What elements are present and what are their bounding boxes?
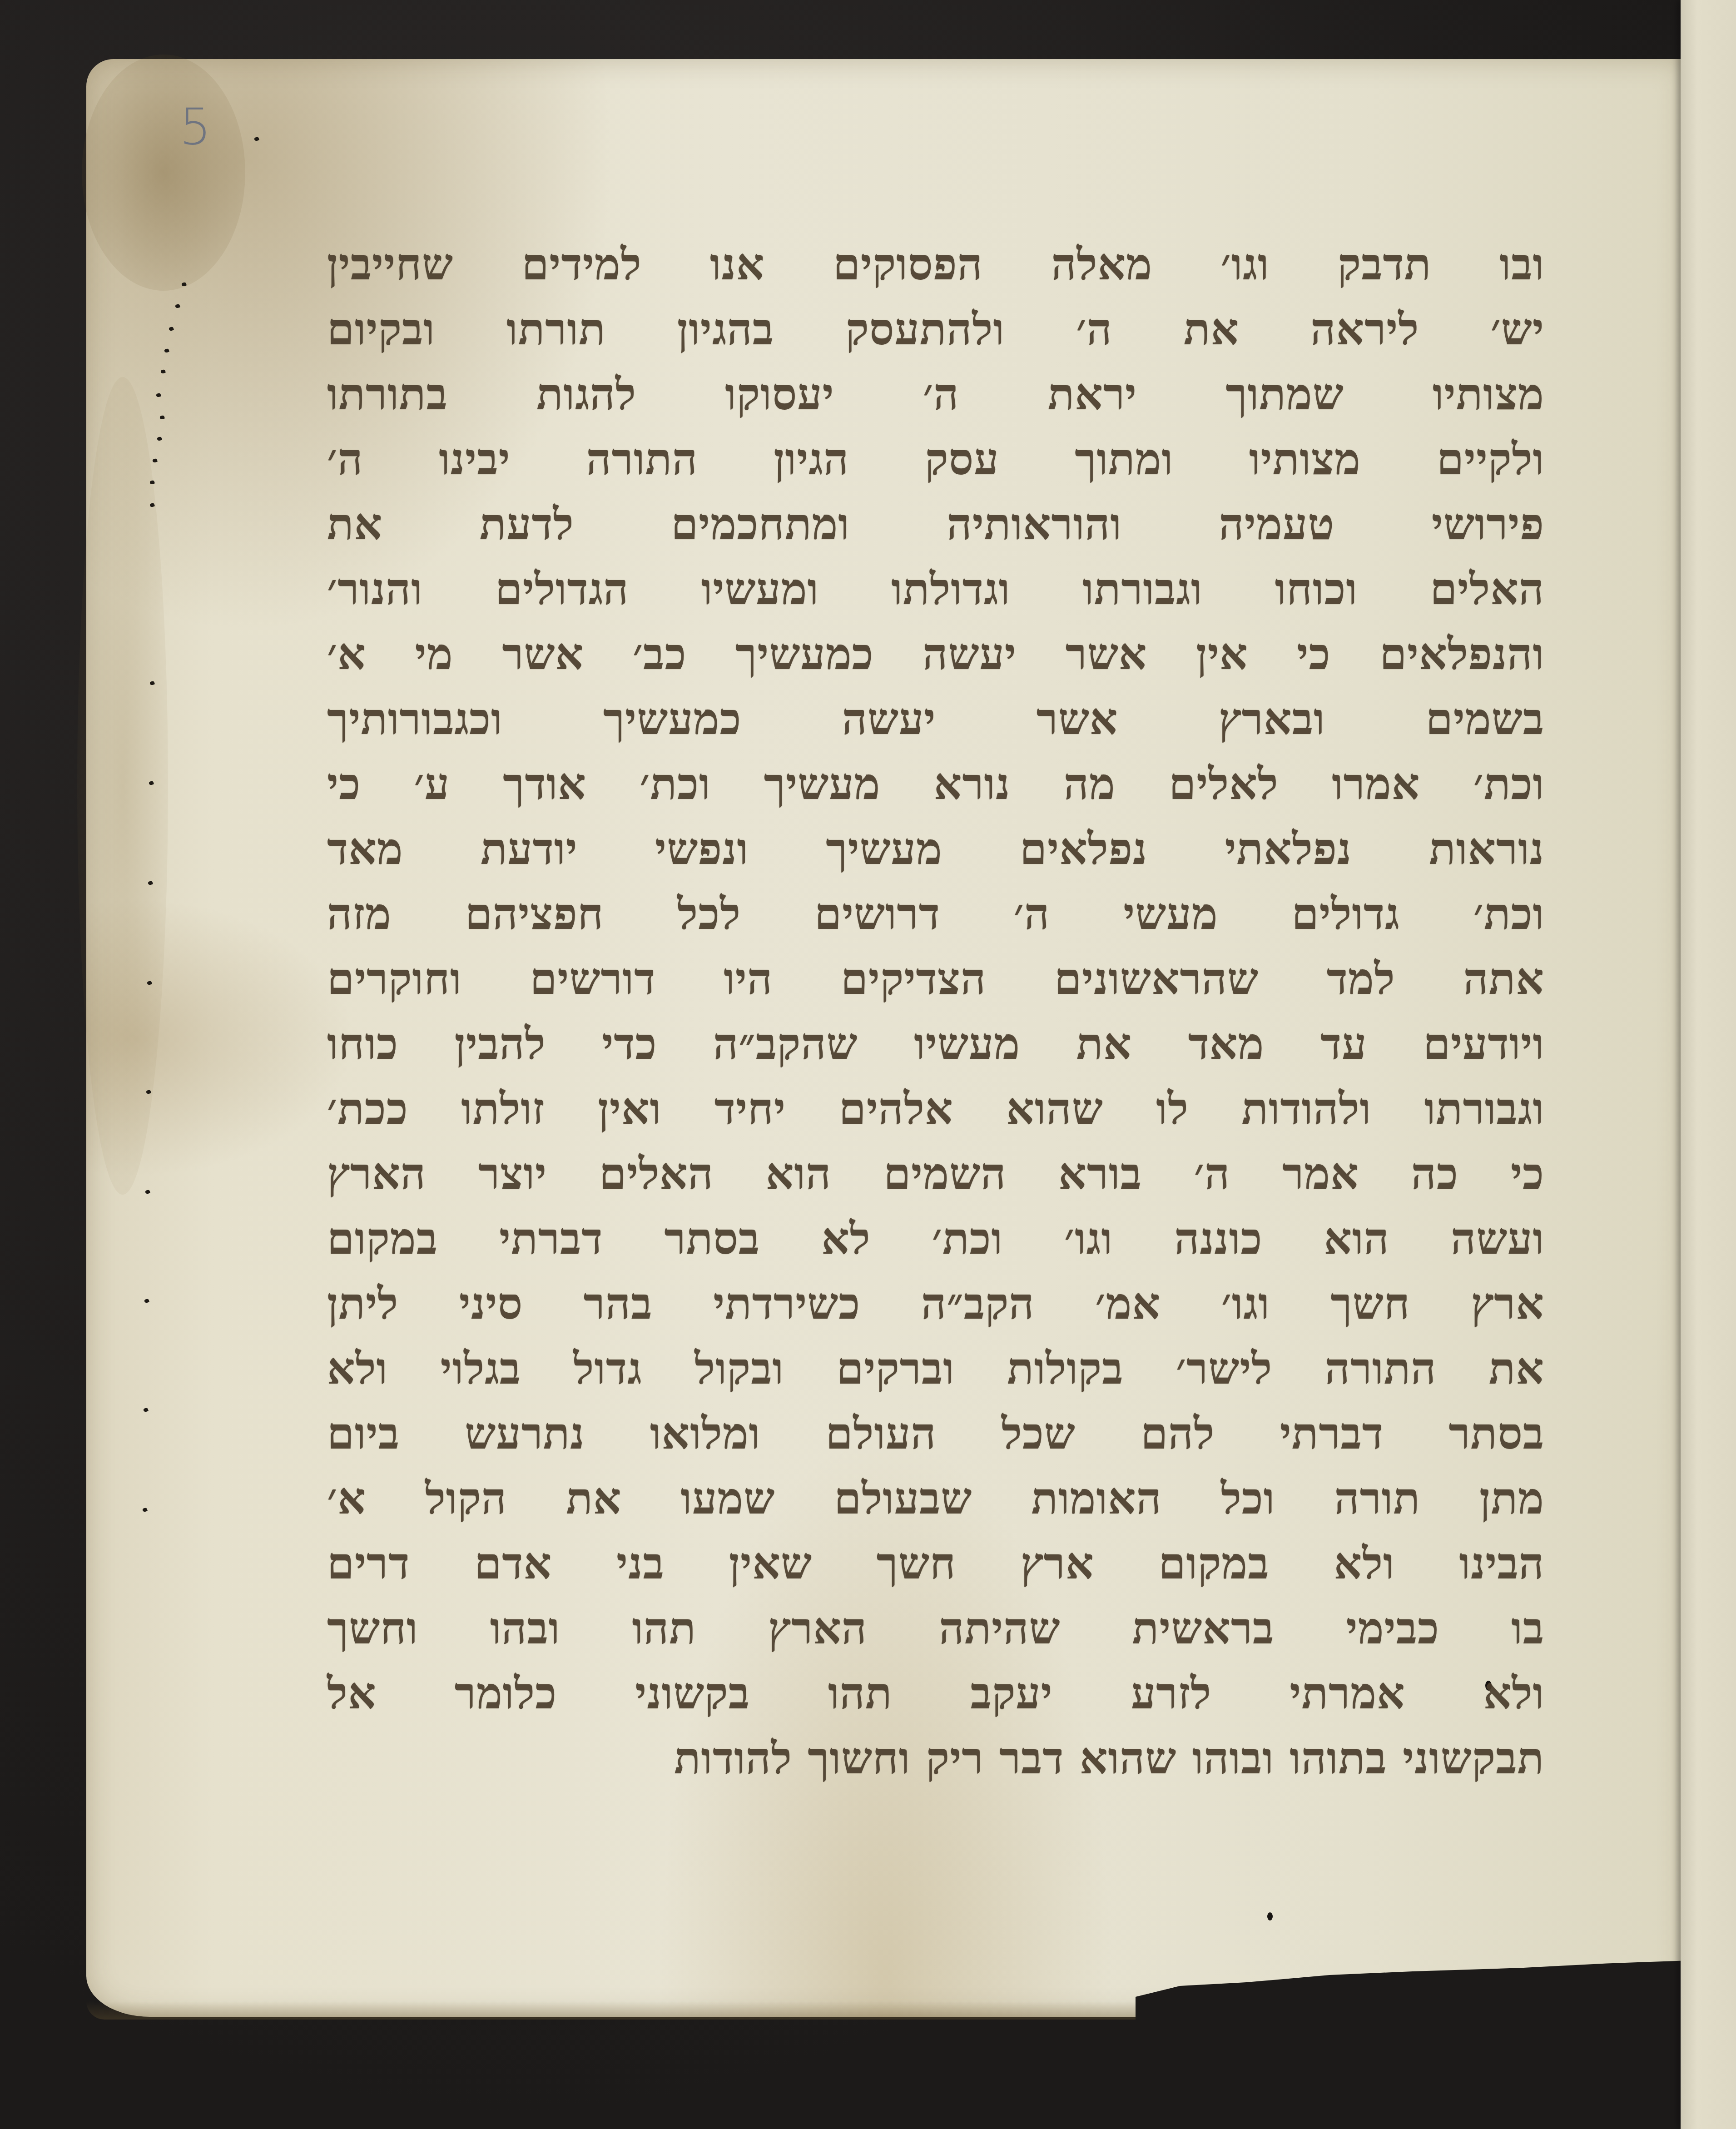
text-line-10: נוראות נפלאתי נפלאים מעשיך ונפשי יודעת מ… (327, 816, 1544, 881)
ink-blot (1267, 1912, 1273, 1921)
text-line-4: ולקיים מצותיו ומתוך עסק הגיון התורה יבינ… (327, 427, 1544, 491)
text-line-19: בסתר דברתי להם שכל העולם ומלואו נתרעש בי… (327, 1401, 1544, 1466)
text-line-15: כי כה אמר ה׳ בורא השמים הוא האלים יוצר ה… (327, 1141, 1544, 1206)
text-line-5: פירושי טעמיה והוראותיה ומתחכמים לדעת את (327, 491, 1544, 556)
adjacent-page-edge: ורשנו שהי באו עניהם כיום פרעל ומלות על א… (1681, 0, 1736, 2129)
text-line-24: תבקשוני בתוהו ובוהו שהוא דבר ריק וחשוך ל… (327, 1726, 1544, 1791)
water-stain (82, 55, 245, 291)
adjacent-fragment: כיום פרעל (1681, 289, 1736, 338)
adjacent-fragment: פרו וכת (1681, 779, 1736, 829)
adjacent-fragment: דעת לדינו (1681, 1074, 1736, 1123)
text-line-13: ויודעים עד מאד את מעשיו שהקב״ה כדי להבין… (327, 1011, 1544, 1076)
text-line-23: ולא אמרתי לזרע יעקב תהו בקשוני כלומר אל (327, 1661, 1544, 1726)
adjacent-fragment: אשר דבר (1681, 1025, 1736, 1074)
text-line-11: וכת׳ גדולים מעשי ה׳ דרושים לכל חפציהם מז… (327, 881, 1544, 946)
adjacent-fragment: פירשו (1681, 485, 1736, 534)
adjacent-fragment: עבר לו (1681, 632, 1736, 681)
adjacent-fragment: חכמתם (1681, 436, 1736, 485)
text-line-6: האלים וכוחו וגבורתו וגדולתו ומעשיו הגדול… (327, 556, 1544, 621)
adjacent-fragment: לא נר׳ (1681, 681, 1736, 730)
text-line-12: אתה למד שהראשונים הצדיקים היו דורשים וחו… (327, 946, 1544, 1011)
adjacent-fragment: כי היא (1681, 534, 1736, 583)
text-line-21: הבינו ולא במקום ארץ חשך שאין בני אדם דרי… (327, 1531, 1544, 1596)
adjacent-fragment: ומלות (1681, 338, 1736, 387)
text-line-3: מצותיו שמתוך יראת ה׳ יעסוקו להגות בתורתו (327, 362, 1544, 427)
text-line-22: בו כבימי בראשית שהיתה הארץ תהו ובהו וחשך (327, 1596, 1544, 1661)
text-line-1: ובו תדבק וגו׳ מאלה הפסוקים אנו למידים שח… (327, 232, 1544, 297)
text-line-14: וגבורתו ולהודות לו שהוא אלהים יחיד ואין … (327, 1076, 1544, 1141)
adjacent-fragment: לשלו (1681, 829, 1736, 878)
adjacent-fragment: ורשנו שהי (1681, 191, 1736, 240)
adjacent-fragment: על ארעא (1681, 387, 1736, 436)
adjacent-fragment: עולם לך (1681, 730, 1736, 779)
text-line-8: בשמים ובארץ אשר יעשה כמעשיך וכגבורותיך (327, 686, 1544, 751)
folio-number: 5 (179, 98, 211, 156)
adjacent-page-text: ורשנו שהי באו עניהם כיום פרעל ומלות על א… (1684, 191, 1736, 1123)
adjacent-fragment: לשון מי (1681, 583, 1736, 632)
adjacent-fragment: ונקשי (1681, 927, 1736, 976)
adjacent-fragment: באו עניהם (1681, 240, 1736, 289)
text-line-2: יש׳ ליראה את ה׳ ולהתעסק בהגיון תורתו ובק… (327, 297, 1544, 362)
adjacent-fragment: רס (1681, 878, 1736, 927)
water-stain (77, 377, 168, 1195)
main-text-block: ובו תדבק וגו׳ מאלה הפסוקים אנו למידים שח… (327, 232, 1544, 1791)
text-line-17: ארץ חשך וגו׳ אמ׳ הקב״ה כשירדתי בהר סיני … (327, 1271, 1544, 1336)
text-line-9: וכת׳ אמרו לאלים מה נורא מעשיך וכת׳ אודך … (327, 751, 1544, 816)
text-line-18: את התורה לישר׳ בקולות וברקים ובקול גדול … (327, 1336, 1544, 1401)
adjacent-fragment: שהיה (1681, 976, 1736, 1025)
text-line-20: מתן תורה וכל האומות שבעולם שמעו את הקול … (327, 1466, 1544, 1531)
text-line-16: ועשה הוא כוננה וגו׳ וכת׳ לא בסתר דברתי ב… (327, 1206, 1544, 1271)
text-line-7: והנפלאים כי אין אשר יעשה כמעשיך כב׳ אשר … (327, 621, 1544, 686)
